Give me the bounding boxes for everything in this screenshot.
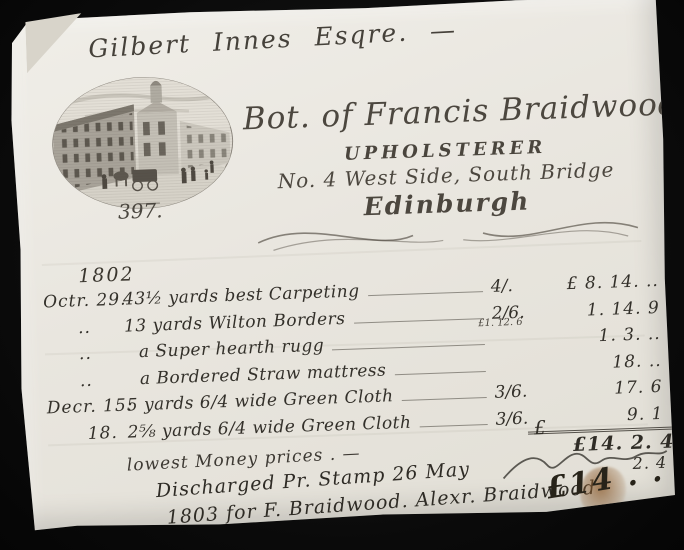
dash-leader (368, 291, 483, 296)
vignette-number: 397. (118, 198, 163, 224)
item-date: 18. (47, 422, 128, 445)
item-date: .. (45, 343, 126, 366)
dash-leader (354, 318, 484, 324)
dash-leader (420, 424, 488, 427)
rate-correction-note: £1. 12. 6 (478, 316, 523, 329)
letterhead: Bot. of Francis Braidwood UPHOLSTERER No… (242, 87, 648, 225)
vignette-engraving (45, 70, 240, 221)
item-rate: 3/6. (494, 381, 559, 403)
year-label: 1802 (78, 263, 135, 287)
item-rate: 2/6.£1. 12. 6 (491, 301, 556, 323)
bought-of-line: Bot. of Francis Braidwood (242, 87, 645, 137)
item-amount: £ 8. 14. .. (554, 271, 659, 295)
item-date: Octr. 29. (43, 290, 124, 313)
item-amount: 1. 3. .. (556, 324, 661, 348)
dash-leader (402, 397, 487, 401)
item-rate (493, 343, 557, 345)
item-rate: 3/6. (495, 407, 560, 429)
item-rate: 4/. (491, 275, 556, 297)
item-date: .. (46, 369, 127, 392)
dash-leader (394, 371, 485, 375)
addressee-name: Gilbert Innes Esqre. — (88, 12, 509, 63)
item-amount: 18. .. (557, 350, 662, 374)
item-amount: 17. 6 (558, 377, 663, 401)
item-date: Decr. 15: (47, 396, 128, 419)
item-rate (494, 369, 558, 371)
item-amount: 1. 14. 9 (555, 297, 660, 321)
item-date: .. (44, 316, 125, 339)
line-items: Octr. 29. 43½ yards best Carpeting 4/. £… (43, 271, 664, 451)
item-desc: 43½ yards best Carpeting (123, 281, 360, 309)
item-amount: 9. 1 (559, 403, 664, 427)
invoice-paper: Gilbert Innes Esqre. — (7, 0, 677, 533)
dash-leader (332, 344, 485, 350)
